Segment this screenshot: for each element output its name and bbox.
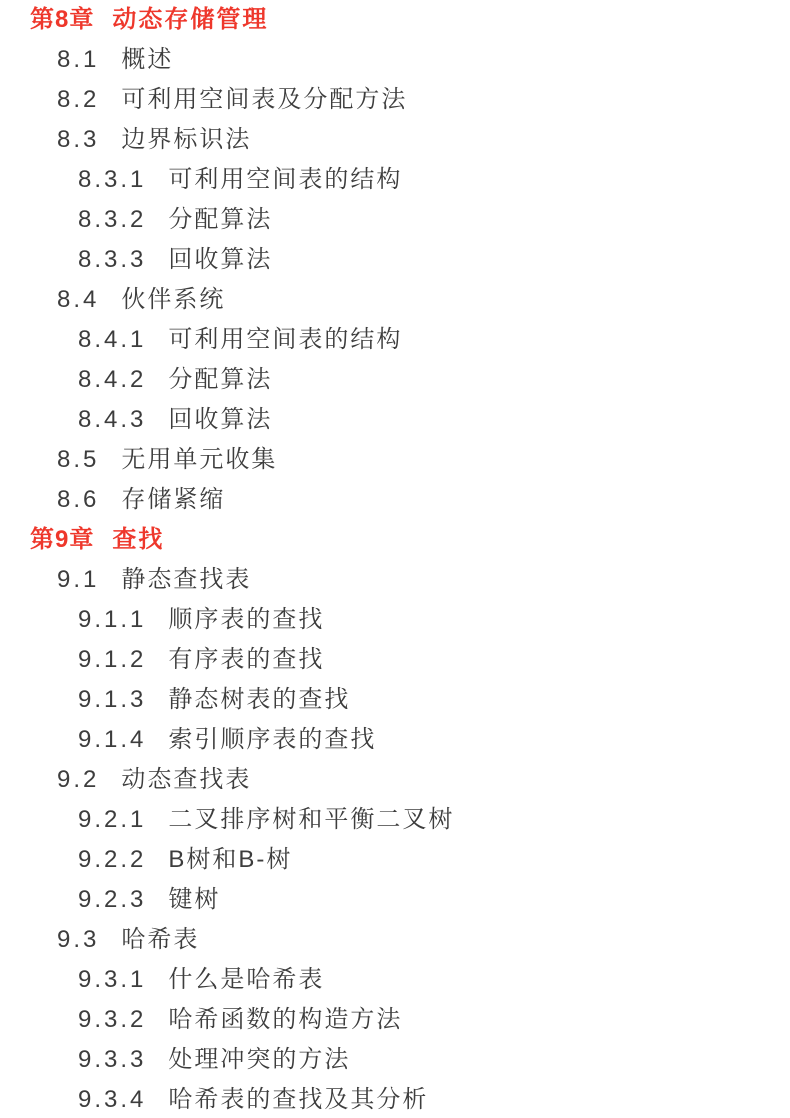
toc-chapter-heading: 第9章查找	[0, 520, 790, 560]
toc-entry: 9.3哈希表	[0, 920, 790, 960]
toc-entry-label: 有序表的查找	[168, 640, 324, 680]
toc-entry: 9.3.4哈希表的查找及其分析	[0, 1080, 790, 1118]
toc-entry-label: 哈希表的查找及其分析	[168, 1080, 428, 1118]
toc-entry-label: 分配算法	[168, 360, 272, 400]
toc-entry: 8.4.2分配算法	[0, 360, 790, 400]
toc-entry-label: 存储紧缩	[121, 480, 225, 520]
toc-entry-number: 9.1.2	[78, 640, 146, 680]
toc-entry-label: 二叉排序树和平衡二叉树	[168, 800, 454, 840]
toc-entry: 9.1.1顺序表的查找	[0, 600, 790, 640]
toc-entry: 9.1.3静态树表的查找	[0, 680, 790, 720]
toc-entry-label: 哈希表	[121, 920, 199, 960]
toc-entry-number: 9.2	[57, 760, 99, 800]
toc-chapter-title: 查找	[112, 520, 164, 560]
toc-entry-label: 可利用空间表的结构	[168, 160, 402, 200]
toc-entry-number: 9.2.1	[78, 800, 146, 840]
toc-entry-number: 8.4.1	[78, 320, 146, 360]
toc-entry: 9.3.2哈希函数的构造方法	[0, 1000, 790, 1040]
toc-entry: 9.1.2有序表的查找	[0, 640, 790, 680]
toc-entry-label: 什么是哈希表	[168, 960, 324, 1000]
toc-entry: 8.6存储紧缩	[0, 480, 790, 520]
toc-entry: 8.4.3回收算法	[0, 400, 790, 440]
toc-entry-label: 可利用空间表及分配方法	[121, 80, 407, 120]
toc-entry-number: 8.5	[57, 440, 99, 480]
toc-entry-number: 8.3.3	[78, 240, 146, 280]
toc-chapter-title: 动态存储管理	[112, 0, 268, 40]
toc-entry: 8.1概述	[0, 40, 790, 80]
toc-entry: 8.3.1可利用空间表的结构	[0, 160, 790, 200]
toc-entry: 9.3.3处理冲突的方法	[0, 1040, 790, 1080]
toc-entry-label: 处理冲突的方法	[168, 1040, 350, 1080]
toc-entry-number: 9.3.3	[78, 1040, 146, 1080]
toc-entry-number: 8.4	[57, 280, 99, 320]
toc-entry-label: 回收算法	[168, 240, 272, 280]
toc-entry-number: 9.3	[57, 920, 99, 960]
toc-entry: 9.2.2B树和B-树	[0, 840, 790, 880]
toc-chapter-heading: 第8章动态存储管理	[0, 0, 790, 40]
toc-entry-number: 8.3.2	[78, 200, 146, 240]
toc-entry-number: 9.3.4	[78, 1080, 146, 1118]
toc-entry-label: 回收算法	[168, 400, 272, 440]
toc-entry-number: 9.1	[57, 560, 99, 600]
toc-entry: 9.1.4索引顺序表的查找	[0, 720, 790, 760]
toc-entry-number: 9.1.4	[78, 720, 146, 760]
toc-entry-label: B树和B-树	[168, 840, 292, 880]
toc-entry-number: 8.3.1	[78, 160, 146, 200]
toc-entry-number: 9.1.3	[78, 680, 146, 720]
toc-entry-number: 9.2.3	[78, 880, 146, 920]
toc-entry: 9.3.1什么是哈希表	[0, 960, 790, 1000]
toc-entry-number: 9.3.2	[78, 1000, 146, 1040]
toc-entry-label: 概述	[121, 40, 173, 80]
toc-entry: 8.5无用单元收集	[0, 440, 790, 480]
toc-entry: 8.3.3回收算法	[0, 240, 790, 280]
toc-entry: 8.4伙伴系统	[0, 280, 790, 320]
toc-entry: 9.2.3键树	[0, 880, 790, 920]
toc-entry: 9.2.1二叉排序树和平衡二叉树	[0, 800, 790, 840]
toc-entry: 9.1静态查找表	[0, 560, 790, 600]
toc-entry-label: 无用单元收集	[121, 440, 277, 480]
toc-entry-label: 静态查找表	[121, 560, 251, 600]
toc-chapter-number: 第8章	[30, 0, 94, 40]
toc-entry-label: 分配算法	[168, 200, 272, 240]
toc-entry: 8.3.2分配算法	[0, 200, 790, 240]
toc-entry-label: 哈希函数的构造方法	[168, 1000, 402, 1040]
toc-entry-label: 伙伴系统	[121, 280, 225, 320]
toc-entry-label: 静态树表的查找	[168, 680, 350, 720]
toc-entry-label: 可利用空间表的结构	[168, 320, 402, 360]
toc-chapter-number: 第9章	[30, 520, 94, 560]
toc-entry-number: 8.6	[57, 480, 99, 520]
toc-entry-number: 9.1.1	[78, 600, 146, 640]
toc-entry-label: 键树	[168, 880, 220, 920]
toc-entry-number: 8.4.2	[78, 360, 146, 400]
toc-entry: 8.4.1可利用空间表的结构	[0, 320, 790, 360]
toc-entry: 8.2可利用空间表及分配方法	[0, 80, 790, 120]
toc-entry-label: 索引顺序表的查找	[168, 720, 376, 760]
toc-entry-number: 9.3.1	[78, 960, 146, 1000]
toc-entry-number: 9.2.2	[78, 840, 146, 880]
toc-entry: 9.2动态查找表	[0, 760, 790, 800]
table-of-contents: 第8章动态存储管理 8.1概述 8.2可利用空间表及分配方法 8.3边界标识法 …	[0, 0, 790, 1118]
toc-entry: 8.3边界标识法	[0, 120, 790, 160]
toc-entry-number: 8.1	[57, 40, 99, 80]
toc-entry-label: 边界标识法	[121, 120, 251, 160]
toc-entry-number: 8.2	[57, 80, 99, 120]
toc-entry-number: 8.4.3	[78, 400, 146, 440]
toc-entry-number: 8.3	[57, 120, 99, 160]
toc-entry-label: 顺序表的查找	[168, 600, 324, 640]
toc-entry-label: 动态查找表	[121, 760, 251, 800]
